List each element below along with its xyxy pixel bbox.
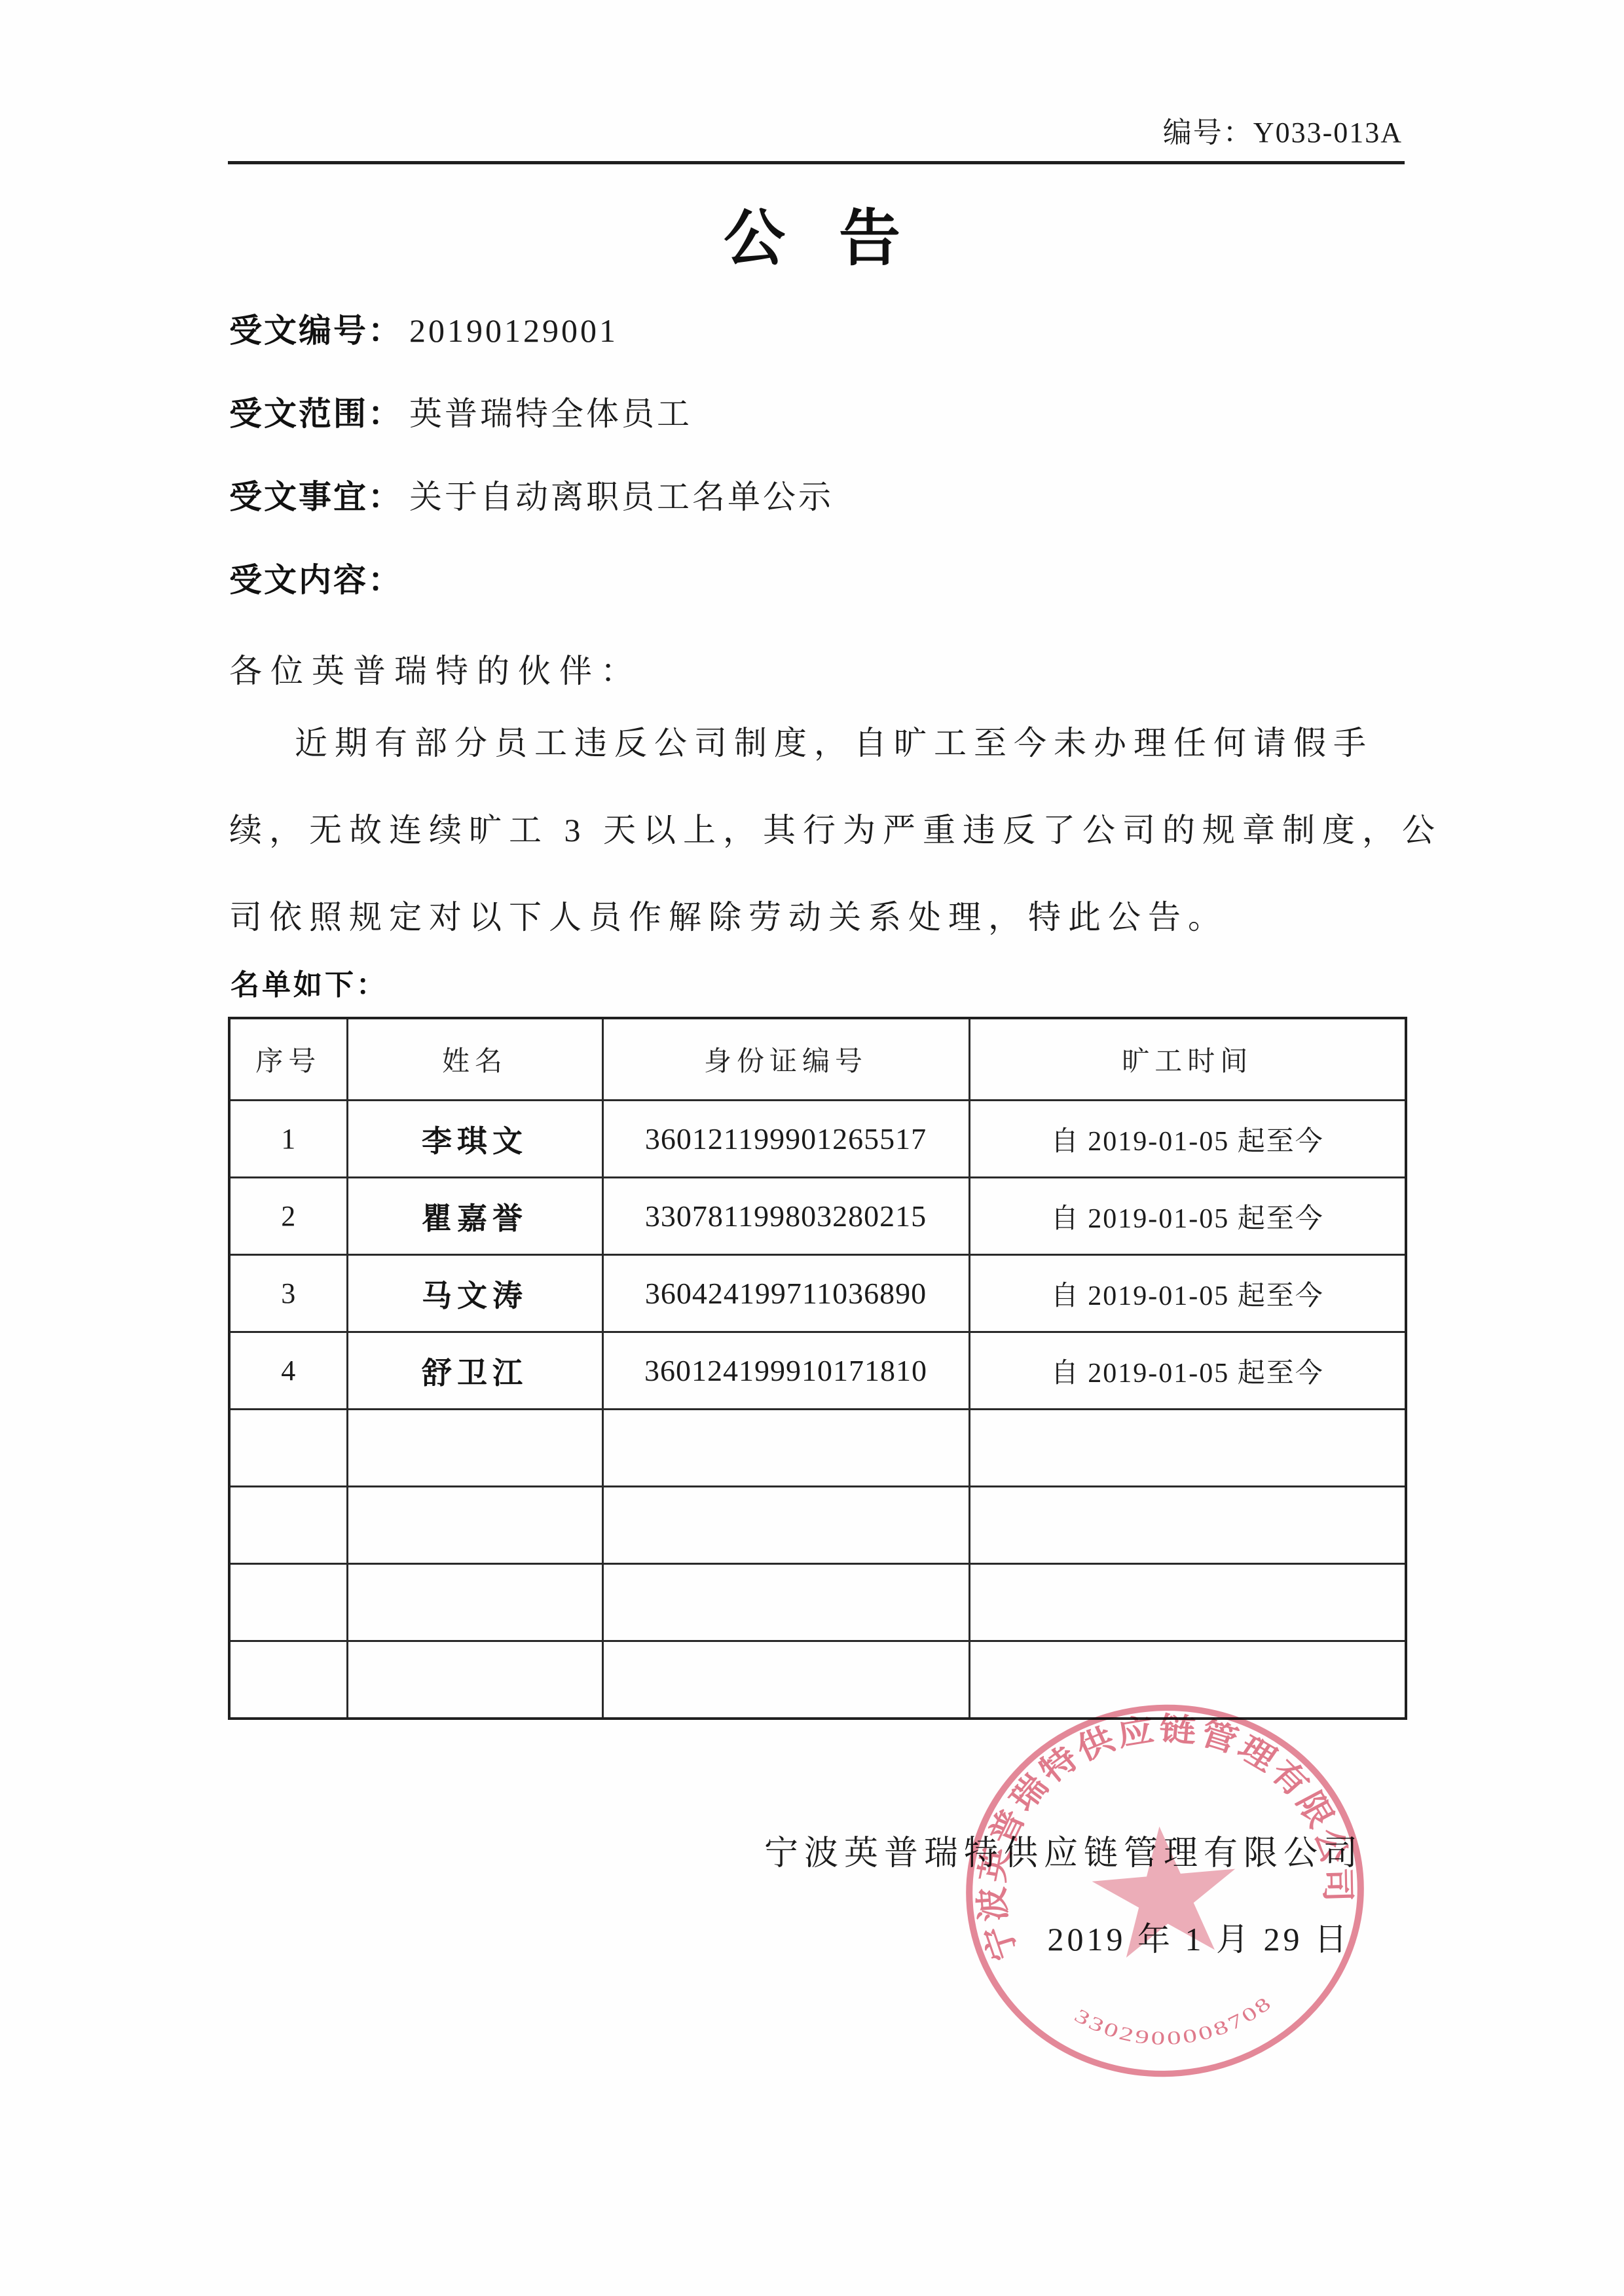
- field-value: 关于自动离职员工名单公示: [409, 479, 834, 515]
- body-line: 续，无故连续旷工 3 天以上，其行为严重违反了公司的规章制度，公: [229, 811, 1409, 850]
- empty-cell: [602, 1564, 969, 1641]
- empty-cell: [229, 1564, 347, 1641]
- empty-cell: [969, 1487, 1406, 1564]
- table-cell: 自 2019-01-05 起至今: [969, 1332, 1406, 1410]
- empty-cell: [347, 1641, 602, 1719]
- field-label: 受文内容：: [229, 562, 403, 598]
- field-subject: 受文事宜：关于自动离职员工名单公示: [229, 479, 834, 515]
- field-doc-number: 受文编号：20190129001: [229, 313, 834, 348]
- empty-cell: [229, 1410, 347, 1487]
- table-cell: 360121199901265517: [602, 1101, 969, 1178]
- empty-cell: [602, 1487, 969, 1564]
- table-cell: 瞿嘉誉: [347, 1178, 602, 1255]
- empty-cell: [229, 1641, 347, 1719]
- field-label: 受文事宜：: [229, 479, 403, 515]
- greeting-line: 各位英普瑞特的伙伴：: [229, 645, 642, 692]
- table-row: 2瞿嘉誉330781199803280215自 2019-01-05 起至今: [229, 1178, 1406, 1255]
- empty-cell: [969, 1641, 1406, 1719]
- field-scope: 受文范围：英普瑞特全体员工: [229, 396, 834, 431]
- table-empty-row: [229, 1487, 1406, 1564]
- table-cell: 舒卫江: [347, 1332, 602, 1410]
- table-cell: 360424199711036890: [602, 1255, 969, 1332]
- col-header-absence-period: 旷工时间: [969, 1018, 1406, 1101]
- seal-graphic: 宁波英普瑞特供应链管理有限公司 3302900008708: [938, 1677, 1392, 2105]
- field-content: 受文内容：: [229, 562, 834, 598]
- empty-cell: [229, 1487, 347, 1564]
- table-cell: 2: [229, 1178, 347, 1255]
- table-cell: 自 2019-01-05 起至今: [969, 1101, 1406, 1178]
- empty-cell: [347, 1487, 602, 1564]
- empty-cell: [969, 1410, 1406, 1487]
- body-paragraph: 近期有部分员工违反公司制度，自旷工至今未办理任何请假手 续，无故连续旷工 3 天…: [229, 723, 1409, 985]
- announcement-page: 编号：Y033-013A 公 告 受文编号：20190129001 受文范围：英…: [0, 0, 1624, 2296]
- table-cell: 1: [229, 1101, 347, 1178]
- ref-value: Y033-013A: [1253, 117, 1403, 149]
- table-empty-row: [229, 1410, 1406, 1487]
- field-label: 受文范围：: [229, 395, 403, 432]
- table-row: 4舒卫江360124199910171810自 2019-01-05 起至今: [229, 1332, 1406, 1410]
- table-row: 3马文涛360424199711036890自 2019-01-05 起至今: [229, 1255, 1406, 1332]
- table-cell: 自 2019-01-05 起至今: [969, 1178, 1406, 1255]
- table-cell: 马文涛: [347, 1255, 602, 1332]
- field-value: 英普瑞特全体员工: [409, 395, 692, 432]
- table-header-row: 序号 姓名 身份证编号 旷工时间: [229, 1018, 1406, 1101]
- company-seal-stamp: 宁波英普瑞特供应链管理有限公司 3302900008708: [938, 1677, 1392, 2105]
- empty-cell: [347, 1564, 602, 1641]
- empty-cell: [347, 1410, 602, 1487]
- col-header-index: 序号: [229, 1018, 347, 1101]
- table-cell: 3: [229, 1255, 347, 1332]
- doc-date: 2019 年 1 月 29 日: [1048, 1913, 1351, 1960]
- table-row: 1李琪文360121199901265517自 2019-01-05 起至今: [229, 1101, 1406, 1178]
- table-cell: 自 2019-01-05 起至今: [969, 1255, 1406, 1332]
- table-empty-row: [229, 1564, 1406, 1641]
- doc-ref-number: 编号：Y033-013A: [1163, 109, 1403, 151]
- field-value: 20190129001: [409, 312, 618, 349]
- body-line: 近期有部分员工违反公司制度，自旷工至今未办理任何请假手: [229, 723, 1409, 763]
- field-label: 受文编号：: [229, 312, 403, 349]
- meta-fields: 受文编号：20190129001 受文范围：英普瑞特全体员工 受文事宜：关于自动…: [229, 313, 834, 646]
- table-cell: 李琪文: [347, 1101, 602, 1178]
- empty-cell: [602, 1410, 969, 1487]
- empty-cell: [969, 1564, 1406, 1641]
- col-header-id-number: 身份证编号: [602, 1018, 969, 1101]
- header-rule: [228, 161, 1405, 164]
- doc-title: 公 告: [0, 189, 1624, 277]
- empty-cell: [602, 1641, 969, 1719]
- company-signature: 宁波英普瑞特供应链管理有限公司: [764, 1825, 1363, 1874]
- ref-label: 编号：: [1163, 117, 1253, 149]
- table-cell: 4: [229, 1332, 347, 1410]
- absentee-table: 序号 姓名 身份证编号 旷工时间 1李琪文360121199901265517自…: [228, 1017, 1407, 1720]
- col-header-name: 姓名: [347, 1018, 602, 1101]
- table-cell: 360124199910171810: [602, 1332, 969, 1410]
- body-line: 司依照规定对以下人员作解除劳动关系处理，特此公告。: [229, 898, 1409, 937]
- list-intro: 名单如下：: [231, 961, 388, 1003]
- seal-number: 3302900008708: [1069, 1988, 1280, 2058]
- table-empty-row: [229, 1641, 1406, 1719]
- table-cell: 330781199803280215: [602, 1178, 969, 1255]
- seal-ring: [954, 1692, 1376, 2090]
